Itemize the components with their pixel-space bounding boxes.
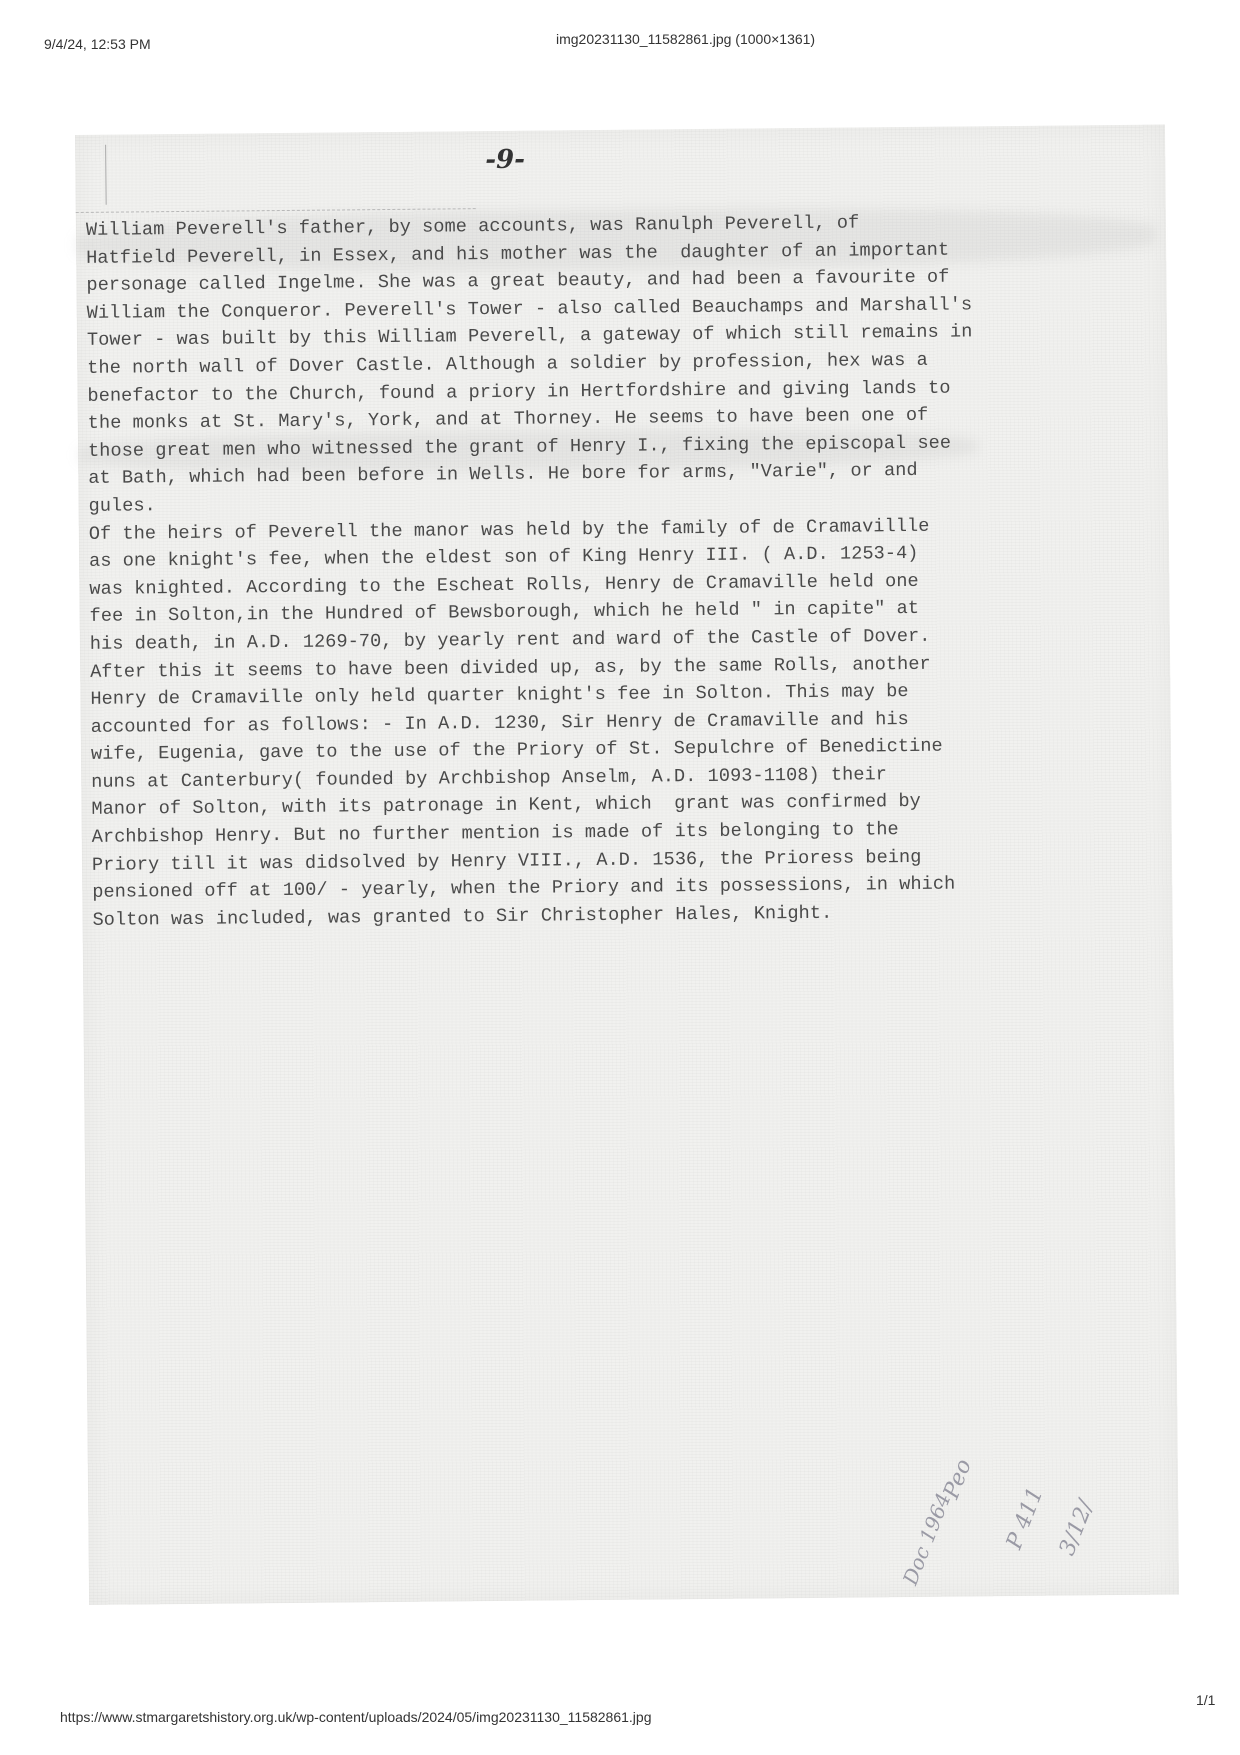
typed-body-text: William Peverell's father, by some accou…	[86, 207, 1173, 935]
page-count: 1/1	[1196, 1692, 1215, 1708]
handwritten-note: Doc 1964	[898, 1490, 956, 1589]
source-url: https://www.stmargaretshistory.org.uk/wp…	[60, 1709, 651, 1725]
handwritten-note: P 411	[1002, 1484, 1049, 1553]
print-date-time: 9/4/24, 12:53 PM	[44, 36, 151, 52]
handwritten-note: Peo	[939, 1456, 977, 1502]
scanned-page: -9- William Peverell's father, by some a…	[75, 125, 1179, 1605]
margin-mark	[105, 145, 107, 205]
handwritten-note: 3/12/	[1055, 1497, 1099, 1559]
print-document-title: img20231130_11582861.jpg (1000×1361)	[556, 31, 815, 47]
page-number: -9-	[485, 145, 525, 175]
